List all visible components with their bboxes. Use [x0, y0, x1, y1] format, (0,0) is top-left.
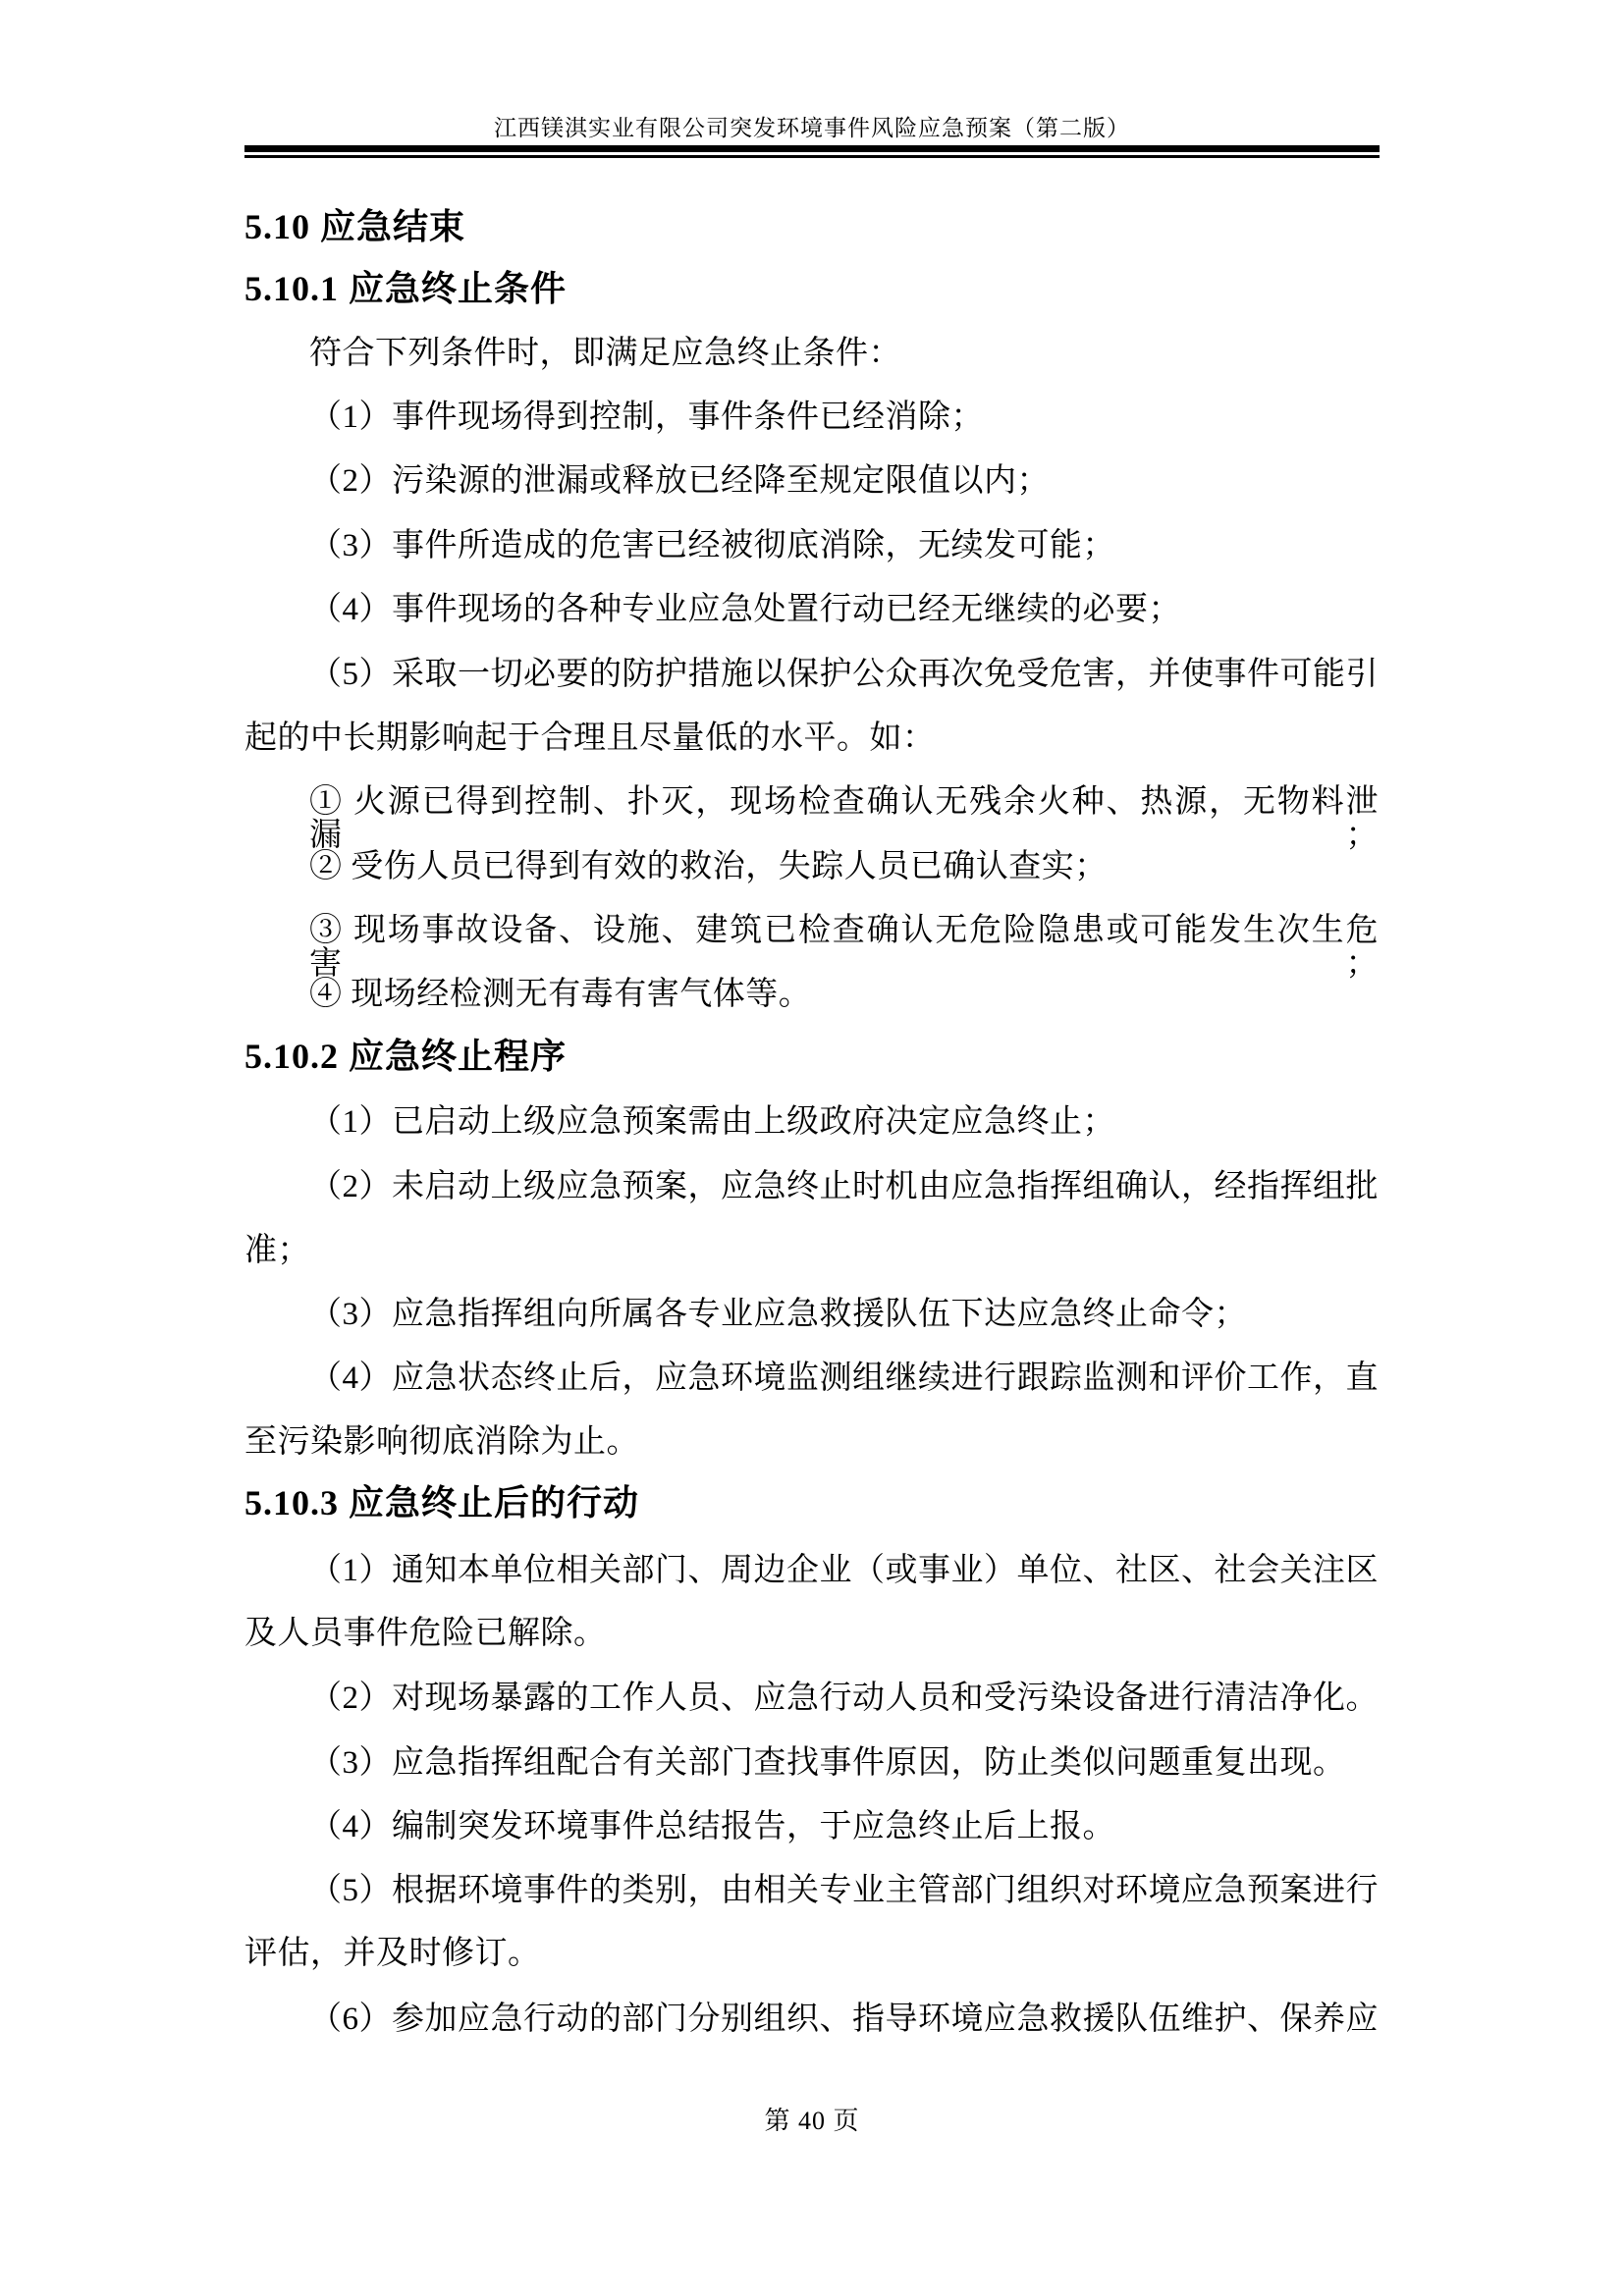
- sub-item-circle-3: ③ 现场事故设备、设施、建筑已检查确认无危险隐患或可能发生次生危害；: [309, 914, 1379, 981]
- action-item-1: （1）通知本单位相关部门、周边企业（或事业）单位、社区、社会关注区: [309, 1554, 1379, 1587]
- header-rule-thin: [244, 155, 1380, 158]
- proc-item-1: （1）已启动上级应急预案需由上级政府决定应急终止；: [309, 1105, 1115, 1139]
- proc-item-4: （4）应急状态终止后，应急环境监测组继续进行跟踪监测和评价工作，直: [309, 1362, 1379, 1395]
- para-5-10-1-intro: 符合下列条件时，即满足应急终止条件：: [309, 337, 901, 370]
- action-item-6: （6）参加应急行动的部门分别组织、指导环境应急救援队伍维护、保养应: [309, 2002, 1379, 2036]
- list-item-4: （4）事件现场的各种专业应急处置行动已经无继续的必要；: [309, 593, 1181, 626]
- heading-5-10-3: 5.10.3 应急终止后的行动: [244, 1485, 639, 1522]
- action-item-4: （4）编制突发环境事件总结报告，于应急终止后上报。: [309, 1810, 1115, 1843]
- header-rule-thick: [244, 145, 1380, 152]
- sub-item-circle-2: ② 受伤人员已得到有效的救治，失踪人员已确认查实；: [309, 850, 1108, 883]
- heading-5-10-1: 5.10.1 应急终止条件: [244, 271, 567, 307]
- proc-item-2-cont: 准；: [244, 1234, 310, 1267]
- proc-item-4-cont: 至污染影响彻底消除为止。: [244, 1425, 639, 1459]
- list-item-5: （5）采取一切必要的防护措施以保护公众再次免受危害，并使事件可能引: [309, 658, 1379, 691]
- proc-item-2: （2）未启动上级应急预案，应急终止时机由应急指挥组确认，经指挥组批: [309, 1170, 1379, 1203]
- proc-item-3: （3）应急指挥组向所属各专业应急救援队伍下达应急终止命令；: [309, 1298, 1247, 1331]
- action-item-3: （3）应急指挥组配合有关部门查找事件原因，防止类似问题重复出现。: [309, 1746, 1346, 1780]
- document-page: 江西镁淇实业有限公司突发环境事件风险应急预案（第二版） 5.10 应急结束 5.…: [0, 0, 1624, 2296]
- action-item-2: （2）对现场暴露的工作人员、应急行动人员和受污染设备进行清洁净化。: [309, 1682, 1379, 1715]
- heading-5-10: 5.10 应急结束: [244, 209, 465, 245]
- action-item-1-cont: 及人员事件危险已解除。: [244, 1617, 607, 1650]
- page-number: 第 40 页: [0, 2108, 1624, 2134]
- action-item-5: （5）根据环境事件的类别，由相关专业主管部门组织对环境应急预案进行: [309, 1874, 1379, 1907]
- sub-item-circle-4: ④ 现场经检测无有毒有害气体等。: [309, 978, 811, 1011]
- sub-item-circle-1: ① 火源已得到控制、扑灭，现场检查确认无残余火种、热源，无物料泄漏；: [309, 785, 1379, 852]
- action-item-5-cont: 评估，并及时修订。: [244, 1937, 541, 1970]
- list-item-2: （2）污染源的泄漏或释放已经降至规定限值以内；: [309, 464, 1050, 498]
- list-item-5-cont: 起的中长期影响起于合理且尽量低的水平。如：: [244, 721, 936, 755]
- list-item-1: （1）事件现场得到控制，事件条件已经消除；: [309, 400, 984, 434]
- list-item-3: （3）事件所造成的危害已经被彻底消除，无续发可能；: [309, 529, 1115, 562]
- page-header-title: 江西镁淇实业有限公司突发环境事件风险应急预案（第二版）: [244, 117, 1380, 140]
- heading-5-10-2: 5.10.2 应急终止程序: [244, 1039, 567, 1075]
